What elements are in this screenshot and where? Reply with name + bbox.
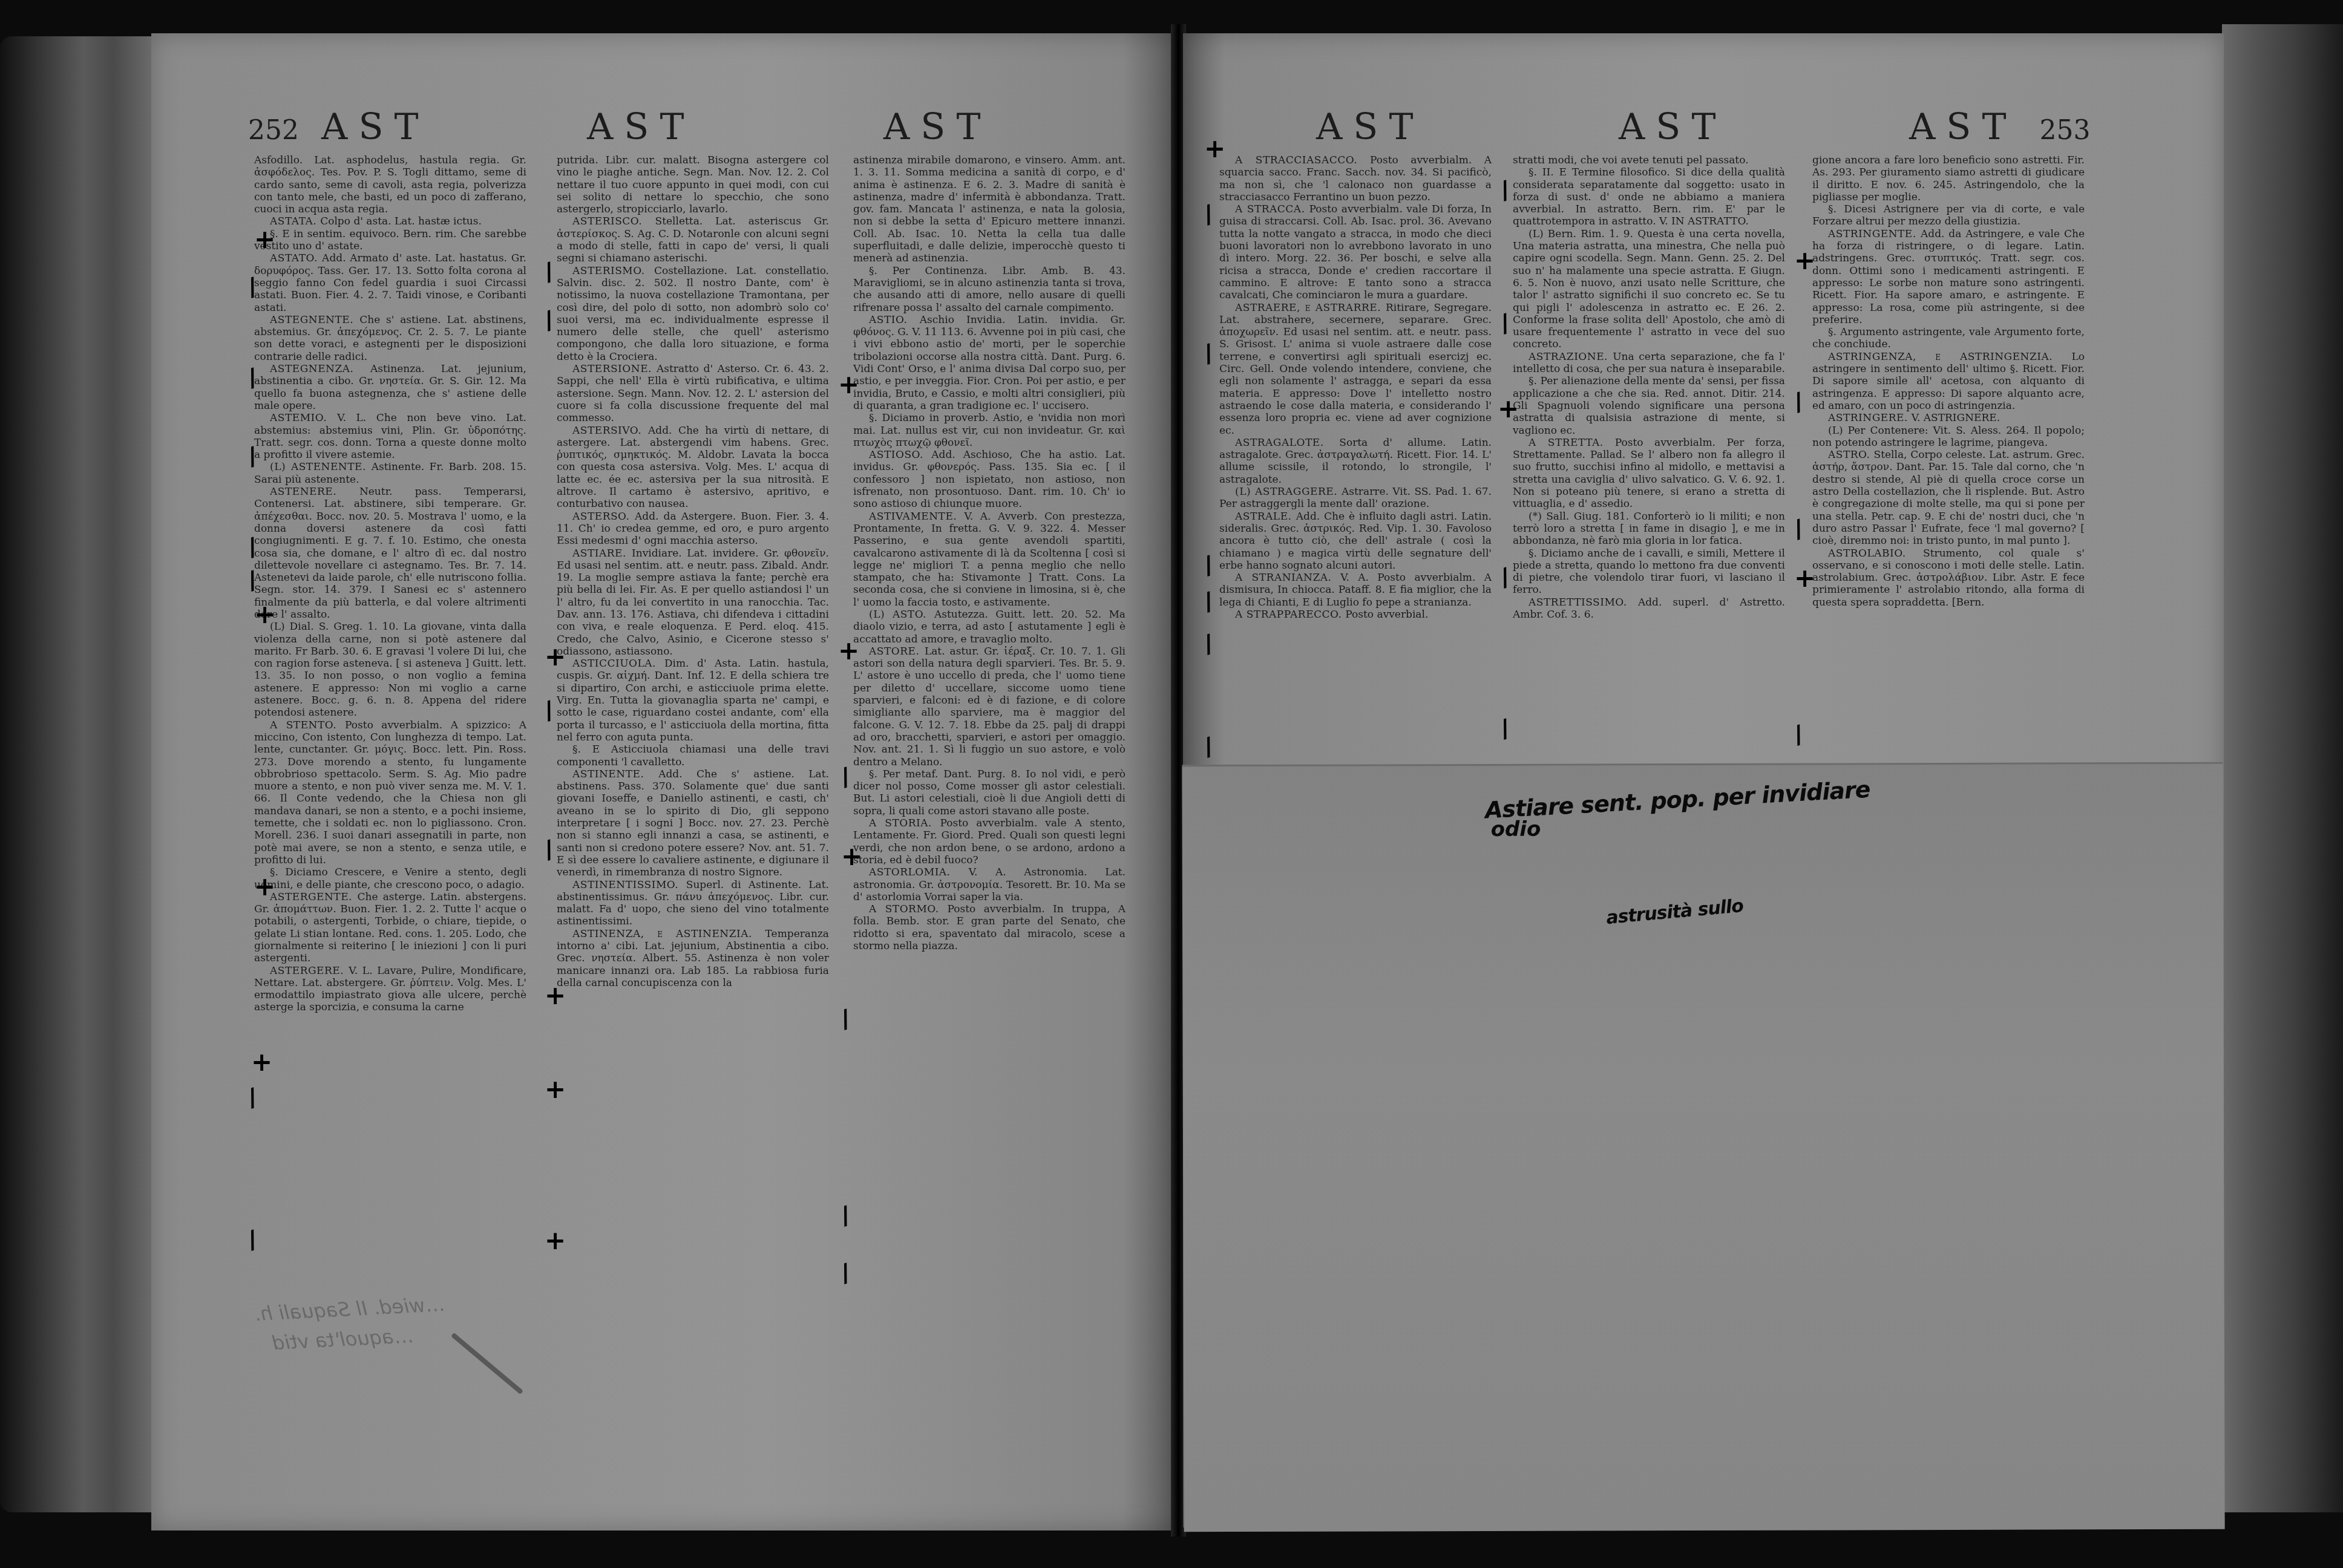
tick-mark-icon: / xyxy=(837,1261,853,1287)
dictionary-entry: ASTENERE. Neutr. pass. Temperarsi, Conte… xyxy=(254,486,526,621)
headword: A STRANIANZA. xyxy=(1235,572,1340,584)
tick-mark-icon: / xyxy=(541,260,557,286)
dictionary-entry: ASTERISCO. Stelletta. Lat. asteriscus Gr… xyxy=(557,215,829,264)
tick-mark-icon: / xyxy=(837,1007,853,1033)
headword: A STORIA. xyxy=(869,817,940,829)
entry-paragraph: §. Per Continenza. Libr. Amb. B. 43. Mar… xyxy=(853,265,1126,314)
tick-mark-icon: / xyxy=(1497,178,1513,204)
headword: ASTIOSO. xyxy=(869,449,931,461)
inserted-paper-slip: Astiare sent. pop. per invidiare odio as… xyxy=(1182,762,2224,1532)
tick-mark-icon: / xyxy=(1201,734,1216,760)
headword: ASTERSIONE. xyxy=(572,363,657,375)
headword: ASTERISCO. xyxy=(572,215,655,227)
tick-mark-icon: / xyxy=(1497,311,1513,337)
entry-text: Stella, Corpo celeste. Lat. astrum. Grec… xyxy=(1812,449,2085,547)
headword: ASTINENTISSIMO. xyxy=(572,879,686,891)
entry-text: §. Dicesi Astrignere per via di corte, e… xyxy=(1812,203,2085,227)
entry-text: Colpo d' asta. Lat. hastæ ictus. xyxy=(320,215,482,227)
handwritten-note: astrusità sullo xyxy=(1605,895,1744,929)
headword: ASTERSO. xyxy=(572,511,635,523)
running-head-right-col3: AST 253 xyxy=(1909,106,2091,148)
entry-text: (*) Sall. Giug. 181. Conforterò io li mi… xyxy=(1513,511,1785,547)
headword: (L) ASTO. xyxy=(869,609,934,621)
dictionary-entry: ASTERSIVO. Add. Che ha virtù di nettare,… xyxy=(557,425,829,511)
left-page: 252 AST AST AST Asfodillo. Lat. asphodel… xyxy=(151,33,1174,1530)
dictionary-entry: (L) ASTENENTE. Astinente. Fr. Barb. 208.… xyxy=(254,461,526,486)
entry-text: Costellazione. Lat. constellatio. Salvin… xyxy=(557,265,829,363)
tick-mark-icon: / xyxy=(837,765,853,791)
entry-text: Add. Che s' astiene. Lat. abstinens. Pas… xyxy=(557,768,829,878)
dictionary-entry: ASTRINGERE. V. ASTRIGNERE. xyxy=(1812,412,2085,424)
page-number: 252 xyxy=(248,115,299,146)
tick-mark-icon: / xyxy=(1201,553,1216,579)
tick-mark-icon: / xyxy=(541,698,557,724)
tick-mark-icon: / xyxy=(1201,341,1216,367)
running-head-left-col1: 252 AST xyxy=(248,106,430,148)
entry-text: Posto avverbial. xyxy=(1345,609,1428,621)
entry-paragraph: putrida. Libr. cur. malatt. Bisogna aste… xyxy=(557,154,829,215)
headword: ASTEGNENTE. xyxy=(270,314,359,326)
headword: ASTRAERE, e ASTRARRE. xyxy=(1235,302,1386,314)
tick-mark-icon: / xyxy=(244,1085,260,1111)
entry-paragraph: Asfodillo. Lat. asphodelus, hastula regi… xyxy=(254,154,526,215)
running-head-left-col2: AST xyxy=(587,106,695,148)
headword: (L) ASTRAGGERE. xyxy=(1235,486,1342,498)
entry-text: (L) Dial. S. Greg. 1. 10. La giovane, vi… xyxy=(254,621,526,719)
dictionary-entry: A STRANIANZA. V. A. Posto avverbialm. A … xyxy=(1219,572,1492,609)
headword: ASTERGENTE. xyxy=(270,891,358,903)
column-right-1: A STRACCIASACCO. Posto avverbialm. A squ… xyxy=(1219,154,1492,621)
dictionary-entry: ASTEGNENZA. Astinenza. Lat. jejunium, ab… xyxy=(254,363,526,412)
dictionary-entry: ASTORLOMIA. V. A. Astronomia. Lat. astro… xyxy=(853,866,1126,903)
entry-text: putrida. Libr. cur. malatt. Bisogna aste… xyxy=(557,154,829,215)
entry-paragraph: §. Per alienazione della mente da' sensi… xyxy=(1513,375,1785,436)
headword: A STRETTA. xyxy=(1529,437,1615,449)
running-head-right-col2: AST xyxy=(1619,106,1726,148)
dictionary-entry: ASTIVAMENTE. V. A. Avverb. Con prestezza… xyxy=(853,511,1126,609)
headword: ASTATO. xyxy=(270,252,322,264)
headword: A STRACCIASACCO. xyxy=(1235,154,1370,166)
headword: ASTINENZA, e ASTINENZIA. xyxy=(572,928,765,940)
entry-text: §. Per metaf. Dant. Purg. 8. Io nol vidi… xyxy=(853,768,1126,817)
headword: ASTICCIUOLA. xyxy=(572,658,664,670)
entry-text: Lat. astur. Gr. ἱέραξ. Cr. 10. 7. 1. Gli… xyxy=(853,645,1126,768)
dictionary-entry: A STRAPPARECCO. Posto avverbial. xyxy=(1219,609,1492,621)
handwritten-note: Astiare sent. pop. per invidiare xyxy=(1484,776,1871,824)
dictionary-entry: ASTIO. Aschio Invidia. Latin. invidia. G… xyxy=(853,314,1126,412)
dictionary-entry: ASTERGENTE. Che asterge. Latin. absterge… xyxy=(254,891,526,965)
headword: ASTERSIVO. xyxy=(572,425,648,437)
entry-text: Add. Che ha virtù di nettare, di asterge… xyxy=(557,425,829,511)
dictionary-entry: ASTRAGALOTE. Sorta d' allume. Latin. ast… xyxy=(1219,437,1492,486)
headword: A STRACCA. xyxy=(1235,203,1309,215)
entry-text: V. A. Avverb. Con prestezza, Prontamente… xyxy=(853,511,1126,609)
handwritten-note: odio xyxy=(1491,817,1541,841)
tick-mark-icon: / xyxy=(1201,202,1216,228)
headword: ASTRO. xyxy=(1828,449,1874,461)
entry-text: §. II. E Termine filosofico. Si dice del… xyxy=(1513,166,1785,227)
dictionary-entry: (L) ASTO. Astutezza. Guitt. lett. 20. 52… xyxy=(853,609,1126,645)
headword: A STENTO. xyxy=(270,719,345,731)
tick-mark-icon: / xyxy=(1497,565,1513,591)
dictionary-entry: ASTICCIUOLA. Dim. d' Asta. Latin. hastul… xyxy=(557,658,829,743)
cross-mark-icon: + xyxy=(838,372,859,397)
tick-mark-icon: / xyxy=(1791,517,1806,543)
entry-text: §. E Asticciuola chiamasi una delle trav… xyxy=(557,743,829,768)
tick-mark-icon: / xyxy=(1497,716,1513,742)
headword: ASTIARE. xyxy=(572,547,632,560)
entry-paragraph: §. Diciamo Crescere, e Venire a stento, … xyxy=(254,866,526,891)
dictionary-entry: A STRACCA. Posto avverbialm. vale Di for… xyxy=(1219,203,1492,301)
tick-mark-icon: / xyxy=(541,308,557,334)
entry-paragraph: astinenza mirabile domarono, e vinsero. … xyxy=(853,154,1126,265)
entry-paragraph: §. E in sentim. equivoco. Bern. rim. Che… xyxy=(254,228,526,253)
dictionary-entry: A STRACCIASACCO. Posto avverbialm. A squ… xyxy=(1219,154,1492,203)
entry-text: Dim. d' Asta. Latin. hastula, cuspis. Gr… xyxy=(557,658,829,743)
headword: ASTRAZIONE. xyxy=(1529,351,1613,363)
dictionary-entry: ASTINENTISSIMO. Superl. di Astinente. La… xyxy=(557,879,829,928)
headword: ASTEGNENZA. xyxy=(270,363,370,375)
dictionary-entry: ASTRAERE, e ASTRARRE. Ritirare, Segregar… xyxy=(1219,302,1492,437)
tick-mark-icon: / xyxy=(1791,390,1806,416)
headword: ASTRETTISSIMO. xyxy=(1529,596,1638,609)
cross-mark-icon: + xyxy=(251,1050,272,1075)
entry-text: Posto avverbialm. A spizzico: A miccino,… xyxy=(254,719,526,866)
cross-mark-icon: + xyxy=(545,1077,566,1102)
pencil-stroke xyxy=(451,1333,523,1395)
column-right-3: gione ancora a fare loro beneficio sono … xyxy=(1812,154,2085,609)
tick-mark-icon: / xyxy=(1201,632,1216,658)
entry-text: V. ASTRIGNERE. xyxy=(1912,412,2000,424)
entry-text: stratti modi, che voi avete tenuti pel p… xyxy=(1513,154,1749,166)
dictionary-entry: ASTRETTISSIMO. Add. superl. d' Astretto.… xyxy=(1513,596,1785,621)
tick-mark-icon: / xyxy=(1791,722,1806,748)
tick-mark-icon: / xyxy=(244,1227,260,1253)
tick-mark-icon: / xyxy=(837,1203,853,1229)
headword: ASTRINGENTE. xyxy=(1828,228,1921,240)
cross-mark-icon: + xyxy=(838,638,859,664)
headword: ASTRINGERE. xyxy=(1828,412,1912,424)
headword: ASTERGERE. xyxy=(270,965,349,977)
entry-text: §. Argumento astringente, vale Argumento… xyxy=(1812,326,2085,350)
headword: ASTRAGALOTE. xyxy=(1235,437,1339,449)
headword: ASTENERE. xyxy=(270,486,359,498)
dictionary-entry: ASTEMIO. V. L. Che non beve vino. Lat. a… xyxy=(254,412,526,461)
entry-text: §. Per Continenza. Libr. Amb. B. 43. Mar… xyxy=(853,265,1126,314)
dictionary-entry: ASTRINGENZA, e ASTRINGENZIA. Lo astringe… xyxy=(1812,351,2085,412)
entry-text: Aschio Invidia. Latin. invidia. Gr. φθόν… xyxy=(853,314,1126,412)
bleed-through-handwriting: …aquol'ta vtid xyxy=(272,1324,413,1354)
column-right-2: stratti modi, che voi avete tenuti pel p… xyxy=(1513,154,1785,621)
headword: ASTIVAMENTE. xyxy=(869,511,964,523)
entry-text: Asfodillo. Lat. asphodelus, hastula regi… xyxy=(254,154,526,215)
dictionary-entry: ASTRALE. Add. Che è influito dagli astri… xyxy=(1219,511,1492,572)
entry-paragraph: (L) Per Contenere: Vit. S. Aless. 264. I… xyxy=(1812,425,2085,449)
headword: ASTEMIO. xyxy=(270,412,337,424)
entry-text: (L) Per Contenere: Vit. S. Aless. 264. I… xyxy=(1812,425,2085,449)
dictionary-entry: ASTINENZA, e ASTINENZIA. Temperanza into… xyxy=(557,928,829,989)
running-head-left-col3: AST xyxy=(883,106,991,148)
dictionary-entry: ASTATO. Add. Armato d' aste. Lat. hastat… xyxy=(254,252,526,313)
entry-text: Invidiare. Lat. invidere. Gr. φθονεῖν. E… xyxy=(557,547,829,658)
book-fore-edge-left xyxy=(0,36,151,1512)
headword: A STORMO. xyxy=(869,903,948,915)
dictionary-entry: A STENTO. Posto avverbialm. A spizzico: … xyxy=(254,719,526,867)
dictionary-entry: ASTERSO. Add. da Astergere. Buon. Fier. … xyxy=(557,511,829,547)
headword: ASTORLOMIA. xyxy=(869,866,969,878)
entry-paragraph: §. II. E Termine filosofico. Si dice del… xyxy=(1513,166,1785,227)
dictionary-entry: ASTERSIONE. Astratto d' Asterso. Cr. 6. … xyxy=(557,363,829,424)
entry-text: Add. da Astringere, e vale Che ha forza … xyxy=(1812,228,2085,326)
dictionary-entry: ASTRAZIONE. Una certa separazione, che f… xyxy=(1513,351,1785,376)
bleed-through-handwriting: …wied. Il Saquali h. xyxy=(254,1293,445,1325)
dictionary-entry: ASTIOSO. Add. Aschioso, Che ha astio. La… xyxy=(853,449,1126,510)
cross-mark-icon: + xyxy=(545,644,566,670)
book-fore-edge-right xyxy=(2222,24,2343,1512)
entry-paragraph: (*) Sall. Giug. 181. Conforterò io li mi… xyxy=(1513,511,1785,547)
entry-paragraph: §. Argumento astringente, vale Argumento… xyxy=(1812,326,2085,351)
entry-text: gione ancora a fare loro beneficio sono … xyxy=(1812,154,2085,203)
entry-text: §. Per alienazione della mente da' sensi… xyxy=(1513,375,1785,436)
cross-mark-icon: + xyxy=(254,602,275,627)
headword: ASTINENTE. xyxy=(572,768,658,780)
headword: ASTIO. xyxy=(869,314,920,326)
headword: ASTATA. xyxy=(270,215,320,227)
cross-mark-icon: + xyxy=(545,983,566,1008)
entry-paragraph: (L) Bern. Rim. 1. 9. Questa è una certa … xyxy=(1513,228,1785,351)
headword: ASTROLABIO. xyxy=(1828,547,1923,560)
entry-text: §. Diciamo anche de i cavalli, e simili,… xyxy=(1513,547,1785,596)
entry-paragraph: §. Diciamo in proverb. Astio, e 'nvidia … xyxy=(853,412,1126,449)
cross-mark-icon: + xyxy=(1498,396,1519,422)
dictionary-entry: ASTORE. Lat. astur. Gr. ἱέραξ. Cr. 10. 7… xyxy=(853,645,1126,768)
entry-text: §. Diciamo in proverb. Astio, e 'nvidia … xyxy=(853,412,1126,449)
cross-mark-icon: + xyxy=(254,227,275,252)
column-left-3: astinenza mirabile domarono, e vinsero. … xyxy=(853,154,1126,952)
tick-mark-icon: / xyxy=(1201,589,1216,615)
headword: ASTRALE. xyxy=(1235,511,1296,523)
entry-paragraph: §. Per metaf. Dant. Purg. 8. Io nol vidi… xyxy=(853,768,1126,817)
page-number: 253 xyxy=(2040,115,2091,146)
cross-mark-icon: + xyxy=(545,1228,566,1253)
dictionary-entry: ASTROLABIO. Strumento, col quale s' osse… xyxy=(1812,547,2085,609)
cross-mark-icon: + xyxy=(1204,136,1225,162)
entry-text: Posto avverbialm. vale Di forza, In guis… xyxy=(1219,203,1492,301)
dictionary-entry: A STORMO. Posto avverbialm. In truppa, A… xyxy=(853,903,1126,952)
cross-mark-icon: + xyxy=(1794,566,1815,591)
headword: ASTERISMO. xyxy=(572,265,654,277)
headword: A STRAPPARECCO. xyxy=(1235,609,1345,621)
headword: (L) ASTENENTE. xyxy=(270,461,372,473)
dictionary-entry: ASTEGNENTE. Che s' astiene. Lat. abstine… xyxy=(254,314,526,363)
dictionary-entry: A STORIA. Posto avverbialm. vale A stent… xyxy=(853,817,1126,866)
cross-mark-icon: + xyxy=(841,844,862,869)
dictionary-entry: (L) ASTRAGGERE. Astrarre. Vit. SS. Pad. … xyxy=(1219,486,1492,511)
dictionary-entry: ASTIARE. Invidiare. Lat. invidere. Gr. φ… xyxy=(557,547,829,658)
entry-text: (L) Bern. Rim. 1. 9. Questa è una certa … xyxy=(1513,228,1785,351)
dictionary-entry: ASTERISMO. Costellazione. Lat. constella… xyxy=(557,265,829,363)
column-left-1: Asfodillo. Lat. asphodelus, hastula regi… xyxy=(254,154,526,1014)
entry-text: §. Diciamo Crescere, e Venire a stento, … xyxy=(254,866,526,890)
entry-text: Neutr. pass. Temperarsi, Contenersi. Lat… xyxy=(254,486,526,621)
entry-text: §. E in sentim. equivoco. Bern. rim. Che… xyxy=(254,228,526,252)
entry-paragraph: §. Diciamo anche de i cavalli, e simili,… xyxy=(1513,547,1785,596)
running-head-right-col1: AST xyxy=(1316,106,1424,148)
dictionary-entry: ASTINENTE. Add. Che s' astiene. Lat. abs… xyxy=(557,768,829,879)
dictionary-entry: ASTERGERE. V. L. Lavare, Pulire, Mondifi… xyxy=(254,965,526,1014)
dictionary-entry: ASTATA. Colpo d' asta. Lat. hastæ ictus. xyxy=(254,215,526,227)
headword: ASTORE. xyxy=(869,645,925,658)
cross-mark-icon: + xyxy=(254,874,275,900)
dictionary-entry: ASTRO. Stella, Corpo celeste. Lat. astru… xyxy=(1812,449,2085,547)
dictionary-entry: A STRETTA. Posto avverbialm. Per forza, … xyxy=(1513,437,1785,511)
dictionary-entry: ASTRINGENTE. Add. da Astringere, e vale … xyxy=(1812,228,2085,326)
entry-paragraph: §. Dicesi Astrignere per via di corte, e… xyxy=(1812,203,2085,228)
entry-paragraph: stratti modi, che voi avete tenuti pel p… xyxy=(1513,154,1785,166)
entry-text: Ritirare, Segregare. Lat. abstrahere, se… xyxy=(1219,302,1492,437)
column-left-2: putrida. Libr. cur. malatt. Bisogna aste… xyxy=(557,154,829,989)
tick-mark-icon: / xyxy=(541,837,557,863)
headword: ASTRINGENZA, e ASTRINGENZIA. xyxy=(1828,351,2071,363)
entry-paragraph: (L) Dial. S. Greg. 1. 10. La giovane, vi… xyxy=(254,621,526,719)
entry-paragraph: gione ancora a fare loro beneficio sono … xyxy=(1812,154,2085,203)
entry-paragraph: §. E Asticciuola chiamasi una delle trav… xyxy=(557,743,829,768)
entry-text: astinenza mirabile domarono, e vinsero. … xyxy=(853,154,1126,264)
cross-mark-icon: + xyxy=(1794,248,1815,273)
